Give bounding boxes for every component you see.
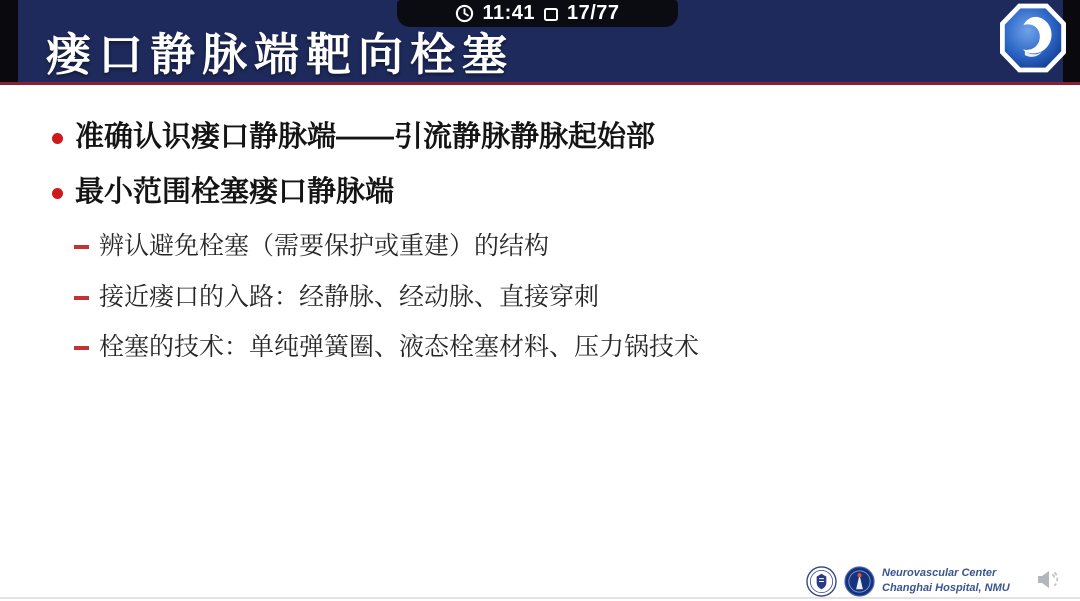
clock-icon (455, 4, 474, 23)
speaker-muted-icon[interactable] (1034, 566, 1062, 594)
bullet-item: 最小范围栓塞瘘口静脉端 (52, 177, 394, 209)
dash-bullet-icon (74, 296, 89, 300)
bullet-text: 准确认识瘘口静脉端——引流静脉静脉起始部 (75, 122, 655, 154)
dash-bullet-icon (74, 245, 89, 249)
octagon-swirl-logo (999, 2, 1067, 74)
bullet-text: 最小范围栓塞瘘口静脉端 (75, 177, 394, 209)
sub-bullet-text: 栓塞的技术：单纯弹簧圈、液态栓塞材料、压力锅技术 (99, 333, 699, 362)
sub-bullet-text: 接近瘘口的入路：经静脉、经动脉、直接穿刺 (99, 283, 599, 312)
elapsed-time: 11:41 (482, 2, 535, 25)
organization-line1: Neurovascular Center (882, 567, 996, 579)
sub-bullet-text: 辨认避免栓塞（需要保护或重建）的结构 (99, 232, 549, 261)
organization-line2: Changhai Hospital, NMU (882, 582, 1010, 594)
status-bar: 11:41 17/77 (397, 0, 678, 27)
bullet-item: 准确认识瘘口静脉端——引流静脉静脉起始部 (52, 122, 655, 154)
slide-counter-icon (543, 6, 559, 22)
footer-branding: Neurovascular Center Changhai Hospital, … (806, 564, 1010, 598)
video-edge-left (0, 0, 18, 82)
sub-bullet-item: 辨认避免栓塞（需要保护或重建）的结构 (74, 232, 549, 261)
bullet-dot-icon (52, 133, 63, 144)
dash-bullet-icon (74, 346, 89, 350)
organization-name: Neurovascular Center Changhai Hospital, … (882, 566, 1010, 596)
sub-bullet-item: 接近瘘口的入路：经静脉、经动脉、直接穿刺 (74, 283, 599, 312)
slide-counter: 17/77 (567, 2, 620, 25)
sub-bullet-item: 栓塞的技术：单纯弹簧圈、液态栓塞材料、压力锅技术 (74, 333, 699, 362)
slide-title: 瘘口静脉端靶向栓塞 (46, 18, 514, 83)
university-seal-logo (806, 566, 837, 597)
presentation-slide: 11:41 17/77 瘘口静脉端靶向栓塞 准确认识瘘口静脉端——引流静脉静 (0, 0, 1080, 601)
bullet-dot-icon (52, 188, 63, 199)
hospital-emblem-logo (844, 566, 875, 597)
